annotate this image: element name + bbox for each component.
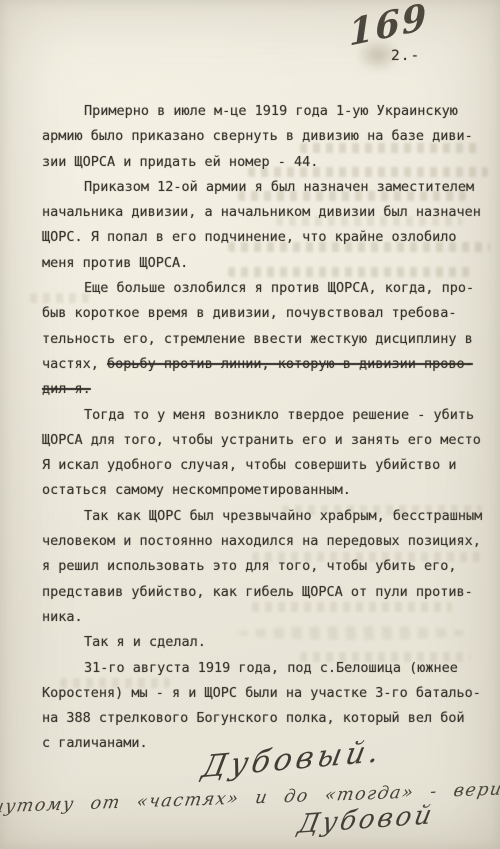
typed-segment: Еще больше озлобился я против ЩОРСА, ког…: [84, 280, 474, 296]
typed-line: быв короткое время в дивизии, почувствов…: [42, 301, 500, 326]
typed-line: Примерно в июле м-це 1919 года 1-ую Укра…: [42, 99, 500, 124]
typed-text: Примерно в июле м-це 1919 года 1-ую Укра…: [42, 99, 500, 757]
typed-segment: зии ЩОРСА и придать ей номер - 44.: [42, 154, 318, 170]
typed-page-number: 2.-: [391, 48, 420, 64]
typed-line: ЩОРС. Я попал в его подчинение, что край…: [42, 225, 500, 250]
typed-segment: представив убийство, как гибель ЩОРСА от…: [42, 584, 473, 600]
typed-line: армию было приказано свернуть в дивизию …: [42, 124, 500, 149]
typed-segment: тельность его, стремление ввести жесткую…: [42, 331, 473, 347]
typed-line: Так я и сделал.: [42, 630, 500, 655]
typed-line: представив убийство, как гибель ЩОРСА от…: [42, 580, 500, 605]
typed-segment: Тогда то у меня возникло твердое решение…: [84, 407, 474, 423]
typed-line: зии ЩОРСА и придать ей номер - 44.: [42, 150, 500, 175]
typed-line: Я искал удобного случая, чтобы совершить…: [42, 453, 500, 478]
typed-line: начальника дивизии, а начальником дивизи…: [42, 200, 500, 225]
typed-line: дил я.: [42, 377, 500, 402]
typed-line: тельность его, стремление ввести жесткую…: [42, 327, 500, 352]
typed-segment: Так как ЩОРС был чрезвычайно храбрым, бе…: [84, 508, 482, 524]
typed-segment: ЩОРСА для того, чтобы устранить его и за…: [42, 432, 481, 448]
typed-line: ЩОРСА для того, чтобы устранить его и за…: [42, 428, 500, 453]
typed-line: Тогда то у меня возникло твердое решение…: [42, 403, 500, 428]
struck-text: дил я.: [42, 381, 91, 397]
typed-segment: быв короткое время в дивизии, почувствов…: [42, 305, 457, 321]
typed-segment: Примерно в июле м-це 1919 года 1-ую Укра…: [84, 103, 458, 119]
typed-line: человеком и постоянно находился на перед…: [42, 529, 500, 554]
typed-line: Коростеня) мы - я и ЩОРС были на участке…: [42, 681, 500, 706]
typed-segment: остаться самому нескомпрометированным.: [42, 482, 351, 498]
typed-segment: ника.: [42, 609, 83, 625]
typed-segment: начальника дивизии, а начальником дивизи…: [42, 204, 481, 220]
typed-line: 31-го августа 1919 года, под с.Белошица …: [42, 656, 500, 681]
typed-segment: армию было приказано свернуть в дивизию …: [42, 128, 473, 144]
typed-segment: меня против ЩОРСА.: [42, 255, 188, 271]
typed-segment: 31-го августа 1919 года, под с.Белошица …: [84, 660, 458, 676]
typed-line: остаться самому нескомпрометированным.: [42, 478, 500, 503]
typed-segment: частях,: [42, 356, 107, 372]
typed-line: Так как ЩОРС был чрезвычайно храбрым, бе…: [42, 504, 500, 529]
scanned-document-page: 169 2.- Примерно в июле м-це 1919 года 1…: [0, 0, 500, 849]
handwritten-page-number: 169: [348, 0, 429, 55]
typed-line: Приказом 12-ой армии я был назначен заме…: [42, 175, 500, 200]
typed-line: на 388 стрелкового Богунского полка, кот…: [42, 706, 500, 731]
typed-segment: Приказом 12-ой армии я был назначен заме…: [84, 179, 474, 195]
typed-segment: человеком и постоянно находился на перед…: [42, 533, 481, 549]
typed-segment: Я искал удобного случая, чтобы совершить…: [42, 457, 457, 473]
typed-segment: Коростеня) мы - я и ЩОРС были на участке…: [42, 685, 481, 701]
typed-segment: ЩОРС. Я попал в его подчинение, что край…: [42, 229, 457, 245]
typed-line: меня против ЩОРСА.: [42, 251, 500, 276]
typed-segment: я решил использовать это для того, чтобы…: [42, 558, 457, 574]
typed-segment: Так я и сделал.: [84, 634, 206, 650]
typed-line: частях, борьбу против линии, которую в д…: [42, 352, 500, 377]
typed-line: Еще больше озлобился я против ЩОРСА, ког…: [42, 276, 500, 301]
struck-text: борьбу против линии, которую в дивизии п…: [107, 356, 473, 372]
typed-line: я решил использовать это для того, чтобы…: [42, 554, 500, 579]
typed-segment: на 388 стрелкового Богунского полка, кот…: [42, 710, 465, 726]
typed-segment: с галичанами.: [42, 735, 148, 751]
typed-line: ника.: [42, 605, 500, 630]
